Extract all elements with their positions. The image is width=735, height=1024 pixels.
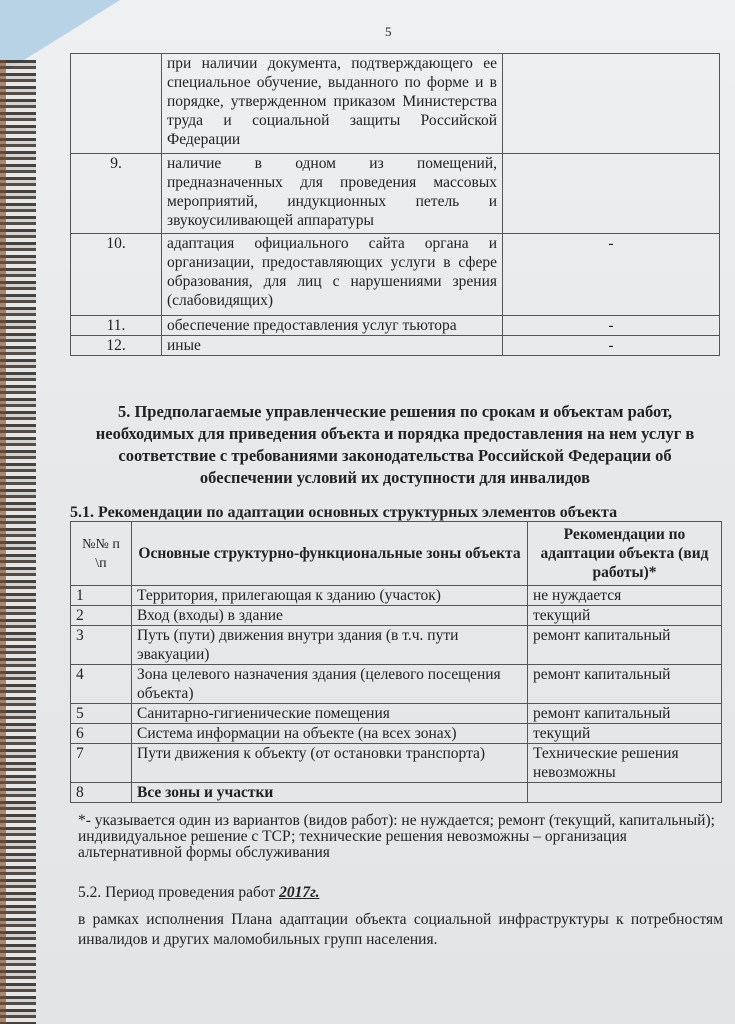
section-5-1-heading: 5.1. Рекомендации по адаптации основных … — [70, 504, 617, 522]
row-value — [503, 154, 720, 234]
row-text: наличие в одном из помещений, предназнач… — [162, 154, 503, 234]
section-5-heading: 5. Предполагаемые управленческие решения… — [70, 401, 720, 489]
page-number: 5 — [385, 24, 392, 40]
work-period-year: 2017г. — [279, 884, 319, 901]
table-row: 12. иные - — [71, 336, 720, 356]
row-zone: Путь (пути) движения внутри здания (в т.… — [132, 626, 528, 665]
row-number: 2 — [71, 606, 132, 626]
row-zone: Территория, прилегающая к зданию (участо… — [132, 586, 528, 606]
table-row: 4 Зона целевого назначения здания (целев… — [71, 665, 722, 704]
row-number — [71, 54, 162, 154]
row-zone: Санитарно-гигиенические помещения — [132, 704, 528, 724]
table-row: 5 Санитарно-гигиенические помещения ремо… — [71, 704, 722, 724]
row-number: 5 — [71, 704, 132, 724]
table-row: 1 Территория, прилегающая к зданию (учас… — [71, 586, 722, 606]
row-number: 10. — [71, 234, 162, 316]
row-text: иные — [162, 336, 503, 356]
header-recommendation: Рекомендации по адаптации объекта (вид р… — [528, 522, 722, 586]
table-row: 3 Путь (пути) движения внутри здания (в … — [71, 626, 722, 665]
table-row: 10. адаптация официального сайта органа … — [71, 234, 720, 316]
table-row: 7 Пути движения к объекту (от остановки … — [71, 744, 722, 783]
row-zone: Система информации на объекте (на всех з… — [132, 724, 528, 744]
row-number: 9. — [71, 154, 162, 234]
row-number: 8 — [71, 783, 132, 803]
table-row: 9. наличие в одном из помещений, предназ… — [71, 154, 720, 234]
section-5-2-text: в рамках исполнения Плана адаптации объе… — [78, 910, 723, 950]
row-recommendation: текущий — [528, 724, 722, 744]
row-recommendation: не нуждается — [528, 586, 722, 606]
row-number: 6 — [71, 724, 132, 744]
row-recommendation: ремонт капитальный — [528, 704, 722, 724]
row-value: - — [503, 234, 720, 316]
row-recommendation: Технические решения невозможны — [528, 744, 722, 783]
continued-table: при наличии документа, подтверждающего е… — [70, 53, 720, 356]
row-recommendation: текущий — [528, 606, 722, 626]
row-number: 4 — [71, 665, 132, 704]
table-row: 8 Все зоны и участки — [71, 783, 722, 803]
row-value — [503, 54, 720, 154]
table-row: 2 Вход (входы) в здание текущий — [71, 606, 722, 626]
row-number: 3 — [71, 626, 132, 665]
row-zone: Зона целевого назначения здания (целевог… — [132, 665, 528, 704]
table-header-row: №№ п \п Основные структурно-функциональн… — [71, 522, 722, 586]
section-5-2-label: 5.2. Период проведения работ — [78, 884, 279, 901]
row-text: обеспечение предоставления услуг тьютора — [162, 316, 503, 336]
row-zone: Все зоны и участки — [132, 783, 528, 803]
row-number: 12. — [71, 336, 162, 356]
section-5-2-heading: 5.2. Период проведения работ 2017г. — [78, 884, 319, 902]
header-zone: Основные структурно-функциональные зоны … — [132, 522, 528, 586]
row-zone: Пути движения к объекту (от остановки тр… — [132, 744, 528, 783]
header-number: №№ п \п — [71, 522, 132, 586]
row-number: 11. — [71, 316, 162, 336]
table-row: 11. обеспечение предоставления услуг тью… — [71, 316, 720, 336]
document-page: 5 при наличии документа, подтверждающего… — [0, 0, 735, 1024]
binding-strip — [0, 60, 6, 1024]
row-value: - — [503, 336, 720, 356]
row-number: 1 — [71, 586, 132, 606]
row-text: при наличии документа, подтверждающего е… — [162, 54, 503, 154]
row-zone: Вход (входы) в здание — [132, 606, 528, 626]
row-recommendation: ремонт капитальный — [528, 665, 722, 704]
row-number: 7 — [71, 744, 132, 783]
row-value: - — [503, 316, 720, 336]
table-row: 6 Система информации на объекте (на всех… — [71, 724, 722, 744]
table-row: при наличии документа, подтверждающего е… — [71, 54, 720, 154]
row-recommendation: ремонт капитальный — [528, 626, 722, 665]
row-text: адаптация официального сайта органа и ор… — [162, 234, 503, 316]
row-recommendation — [528, 783, 722, 803]
footnote: *- указывается один из вариантов (видов … — [78, 813, 718, 861]
recommendations-table: №№ п \п Основные структурно-функциональн… — [70, 521, 722, 803]
